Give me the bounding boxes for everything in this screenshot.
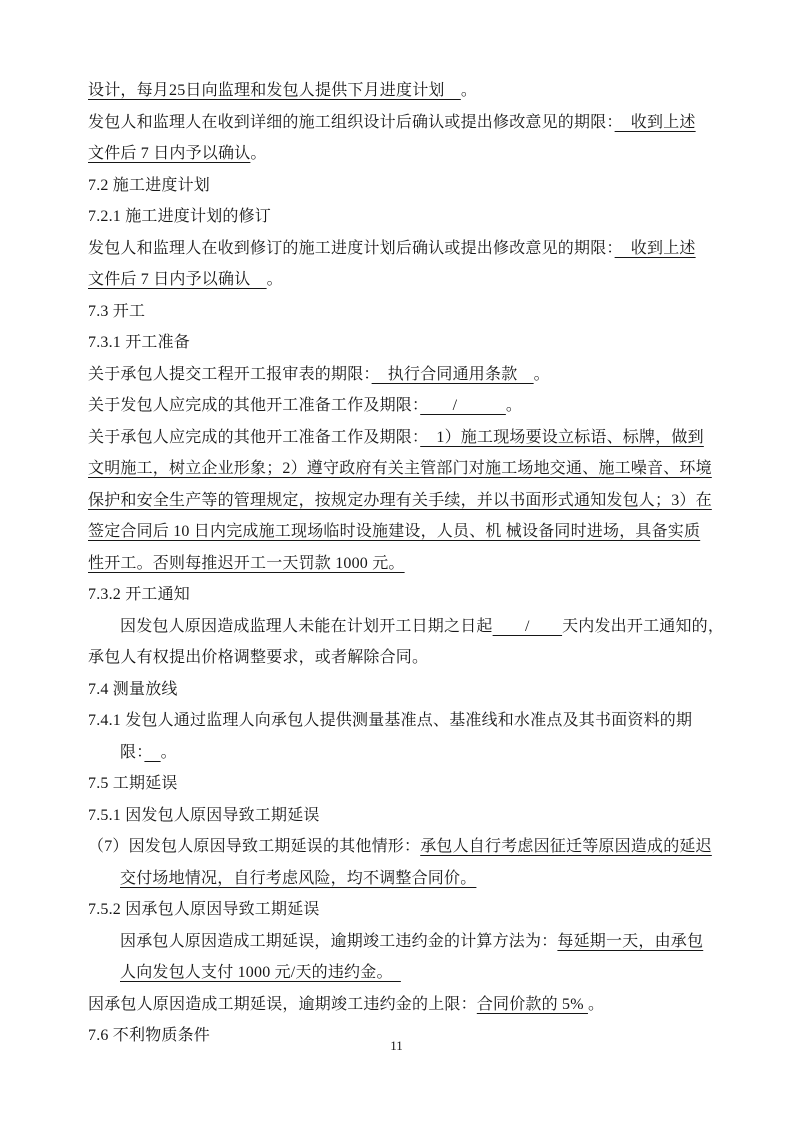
text-segment: 7.4.1 发包人通过监理人向承包人提供测量基准点、基准线和水准点及其书面资料的…	[88, 712, 692, 729]
text-line: 保护和安全生产等的管理规定，按规定办理有关手续，并以书面形式通知发包人；3）在	[88, 485, 720, 517]
fill-in-underlined-text: 人向发包人支付 1000 元/天的违约金。	[120, 964, 401, 981]
fill-in-underlined-text	[144, 744, 160, 761]
fill-in-underlined-text: 文件后 7 日内予以确认	[88, 271, 267, 288]
fill-in-underlined-text: 保护和安全生产等的管理规定，按规定办理有关手续，并以书面形式通知发包人；3）在	[88, 492, 712, 509]
text-line: 人向发包人支付 1000 元/天的违约金。	[88, 957, 720, 989]
text-segment: 。	[250, 145, 266, 162]
text-line: 7.3.1 开工准备	[88, 327, 720, 359]
page-footer: 11	[0, 1038, 793, 1054]
fill-in-underlined-text: 执行合同通用条款	[372, 366, 534, 383]
text-line: 7.2 施工进度计划	[88, 170, 720, 202]
text-line: 关于承包人提交工程开工报审表的期限： 执行合同通用条款 。	[88, 359, 720, 391]
text-line: 文明施工，树立企业形象；2）遵守政府有关主管部门对施工场地交通、施工噪音、环境	[88, 453, 720, 485]
text-line: 设计，每月25日向监理和发包人提供下月进度计划 。	[88, 75, 720, 107]
text-segment: （7）因发包人原因导致工期延误的其他情形：	[88, 838, 420, 855]
fill-in-underlined-text: 文件后 7 日内予以确认	[88, 145, 250, 162]
fill-in-underlined-text: 文明施工，树立企业形象；2）遵守政府有关主管部门对施工场地交通、施工噪音、环境	[88, 460, 712, 477]
text-segment: 因发包人原因造成监理人未能在计划开工日期之日起	[120, 618, 493, 635]
text-segment: 7.5.2 因承包人原因导致工期延误	[88, 901, 320, 918]
fill-in-underlined-text: 合同价款的 5%	[477, 996, 588, 1013]
text-segment: 承包人有权提出价格调整要求，或者解除合同。	[88, 649, 428, 666]
text-segment: 限：	[120, 744, 144, 761]
text-segment: 7.3.1 开工准备	[88, 334, 190, 351]
document-page: 设计，每月25日向监理和发包人提供下月进度计划 。发包人和监理人在收到详细的施工…	[0, 0, 793, 1122]
text-segment: 7.3.2 开工通知	[88, 586, 190, 603]
fill-in-underlined-text: 收到上述	[615, 114, 696, 131]
text-segment: 。	[461, 82, 477, 99]
text-segment: 。	[534, 366, 550, 383]
fill-in-underlined-text: 性开工。否则每推迟开工一天罚款 1000 元。	[88, 555, 405, 572]
text-line: 关于承包人应完成的其他开工准备工作及期限： 1）施工现场要设立标语、标牌，做到	[88, 422, 720, 454]
fill-in-underlined-text: 收到上述	[615, 240, 696, 257]
text-segment: 因承包人原因造成工期延误，逾期竣工违约金的计算方法为：	[120, 933, 557, 950]
text-line: 性开工。否则每推迟开工一天罚款 1000 元。	[88, 548, 720, 580]
text-segment: 天内发出开工通知的，	[562, 618, 724, 635]
text-line: 文件后 7 日内予以确认 。	[88, 264, 720, 296]
text-line: 7.3.2 开工通知	[88, 579, 720, 611]
fill-in-underlined-text: 承包人自行考虑因征迁等原因造成的延迟	[420, 838, 712, 855]
fill-in-underlined-text: 设计，每月25日向监理和发包人提供下月进度计划	[88, 82, 461, 99]
fill-in-underlined-text: 每延期一天，由承包	[557, 933, 703, 950]
page-number: 11	[390, 1038, 403, 1053]
text-segment: 。	[506, 397, 522, 414]
text-segment: 发包人和监理人在收到修订的施工进度计划后确认或提出修改意见的期限：	[88, 240, 615, 257]
text-segment: 7.5 工期延误	[88, 775, 178, 792]
document-body: 设计，每月25日向监理和发包人提供下月进度计划 。发包人和监理人在收到详细的施工…	[88, 75, 720, 1052]
text-line: （7）因发包人原因导致工期延误的其他情形：承包人自行考虑因征迁等原因造成的延迟	[88, 831, 720, 863]
text-line: 文件后 7 日内予以确认。	[88, 138, 720, 170]
text-segment: 7.2 施工进度计划	[88, 177, 210, 194]
text-line: 因承包人原因造成工期延误，逾期竣工违约金的上限：合同价款的 5% 。	[88, 989, 720, 1021]
text-line: 7.5.2 因承包人原因导致工期延误	[88, 894, 720, 926]
text-segment: 关于发包人应完成的其他开工准备工作及期限：	[88, 397, 420, 414]
text-segment: 。	[588, 996, 604, 1013]
text-line: 交付场地情况，自行考虑风险，均不调整合同价。	[88, 863, 720, 895]
text-segment: 7.4 测量放线	[88, 681, 178, 698]
text-segment: 。	[161, 744, 177, 761]
text-line: 限： 。	[88, 737, 720, 769]
fill-in-underlined-text: 1）施工现场要设立标语、标牌，做到	[420, 429, 704, 446]
text-line: 7.5 工期延误	[88, 768, 720, 800]
text-segment: 7.2.1 施工进度计划的修订	[88, 208, 271, 225]
text-line: 7.5.1 因发包人原因导致工期延误	[88, 800, 720, 832]
text-line: 承包人有权提出价格调整要求，或者解除合同。	[88, 642, 720, 674]
text-line: 发包人和监理人在收到详细的施工组织设计后确认或提出修改意见的期限： 收到上述	[88, 107, 720, 139]
fill-in-underlined-text: 签定合同后 10 日内完成施工现场临时设施建设，人员、机 械设备同时进场，具备实…	[88, 523, 700, 540]
text-segment: 关于承包人提交工程开工报审表的期限：	[88, 366, 372, 383]
text-line: 关于发包人应完成的其他开工准备工作及期限： / 。	[88, 390, 720, 422]
text-segment: 因承包人原因造成工期延误，逾期竣工违约金的上限：	[88, 996, 477, 1013]
text-segment: 发包人和监理人在收到详细的施工组织设计后确认或提出修改意见的期限：	[88, 114, 615, 131]
text-line: 因承包人原因造成工期延误，逾期竣工违约金的计算方法为：每延期一天，由承包	[88, 926, 720, 958]
text-line: 7.3 开工	[88, 296, 720, 328]
text-line: 7.2.1 施工进度计划的修订	[88, 201, 720, 233]
fill-in-underlined-text: /	[493, 618, 562, 635]
text-line: 因发包人原因造成监理人未能在计划开工日期之日起 / 天内发出开工通知的，	[88, 611, 720, 643]
fill-in-underlined-text: /	[420, 397, 506, 414]
text-line: 7.4.1 发包人通过监理人向承包人提供测量基准点、基准线和水准点及其书面资料的…	[88, 705, 720, 737]
text-segment: 7.5.1 因发包人原因导致工期延误	[88, 807, 320, 824]
text-line: 7.4 测量放线	[88, 674, 720, 706]
text-line: 签定合同后 10 日内完成施工现场临时设施建设，人员、机 械设备同时进场，具备实…	[88, 516, 720, 548]
text-segment: 。	[267, 271, 283, 288]
fill-in-underlined-text: 交付场地情况，自行考虑风险，均不调整合同价。	[120, 870, 476, 887]
text-line: 发包人和监理人在收到修订的施工进度计划后确认或提出修改意见的期限： 收到上述	[88, 233, 720, 265]
text-segment: 7.3 开工	[88, 303, 145, 320]
text-segment: 关于承包人应完成的其他开工准备工作及期限：	[88, 429, 420, 446]
